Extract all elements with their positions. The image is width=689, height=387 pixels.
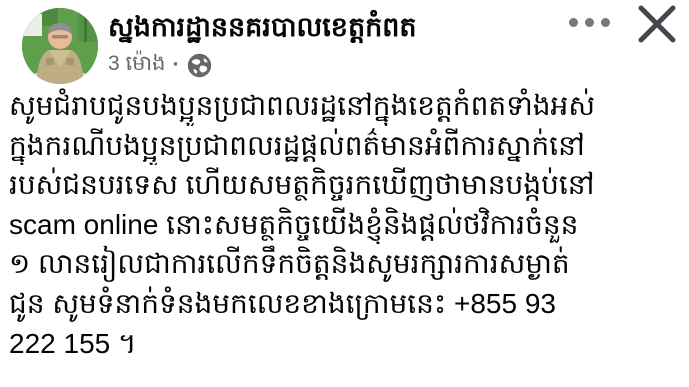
timestamp[interactable]: 3 ម៉ោង xyxy=(108,50,166,81)
post-text-line: សូមជំរាបជូនបងប្អូនប្រជាពលរដ្ឋនៅក្នុងខេត្… xyxy=(9,86,685,126)
post-meta: 3 ម៉ោង · xyxy=(108,50,212,80)
close-button[interactable] xyxy=(635,2,679,46)
post-text-line: ១ លានរៀលជាការលើកទឹកចិត្តនិងសូមរក្សារការស… xyxy=(9,244,685,284)
ellipsis-dot xyxy=(569,18,578,27)
ellipsis-dot xyxy=(601,18,610,27)
post-text-line: ក្នុងករណីបងប្អូនប្រជាពលរដ្ឋផ្តល់ពត៌មានអំ… xyxy=(9,126,685,166)
x-close-icon xyxy=(637,4,677,44)
uniformed-officer-photo-icon xyxy=(22,8,98,84)
post-body: សូមជំរាបជូនបងប្អូនប្រជាពលរដ្ឋនៅក្នុងខេត្… xyxy=(9,86,685,363)
page-avatar[interactable] xyxy=(22,8,98,84)
page-name[interactable]: ស្នងការដ្ឋាននគរបាលខេត្តកំពត xyxy=(108,6,548,48)
meta-separator: · xyxy=(173,53,180,77)
post-text-line: scam online នោះសមត្ថកិច្ចយើងខ្ញុំនិងផ្តល… xyxy=(9,205,685,245)
more-options-button[interactable] xyxy=(561,13,617,31)
ellipsis-dot xyxy=(585,18,594,27)
post-text-line: របស់ជនបរទេស ហើយសមត្ថកិច្ចរកឃើញថាមានបង្កប… xyxy=(9,165,685,205)
globe-public-icon xyxy=(187,53,212,78)
post-text-line: 222 155 ។ xyxy=(9,324,685,364)
post-text-line: ជូន សូមទំនាក់ទំនងមកលេខខាងក្រោមនេះ +855 9… xyxy=(9,284,685,324)
